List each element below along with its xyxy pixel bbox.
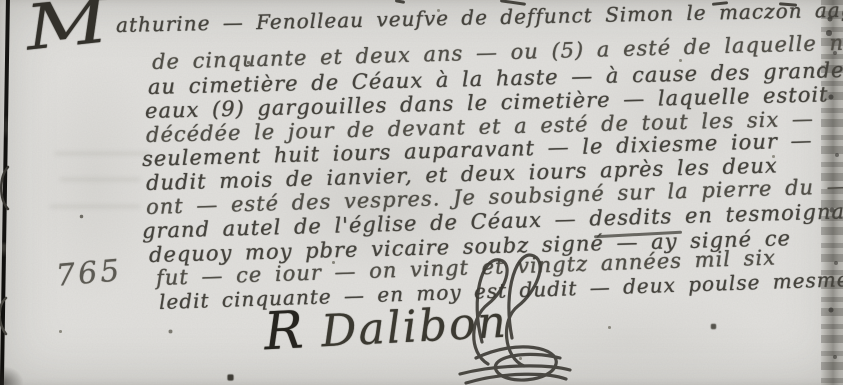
signature-paraph-flourish [448,246,580,385]
drop-cap-initial: M [22,0,112,65]
manuscript-line-1: athurine — Fenolleau veufve de deffunct … [116,0,843,37]
folio-number: 765 [55,253,124,294]
handwriting-layer: M athurine — Fenolleau veufve de deffunc… [0,0,843,385]
manuscript-page: M athurine — Fenolleau veufve de deffunc… [0,0,843,385]
